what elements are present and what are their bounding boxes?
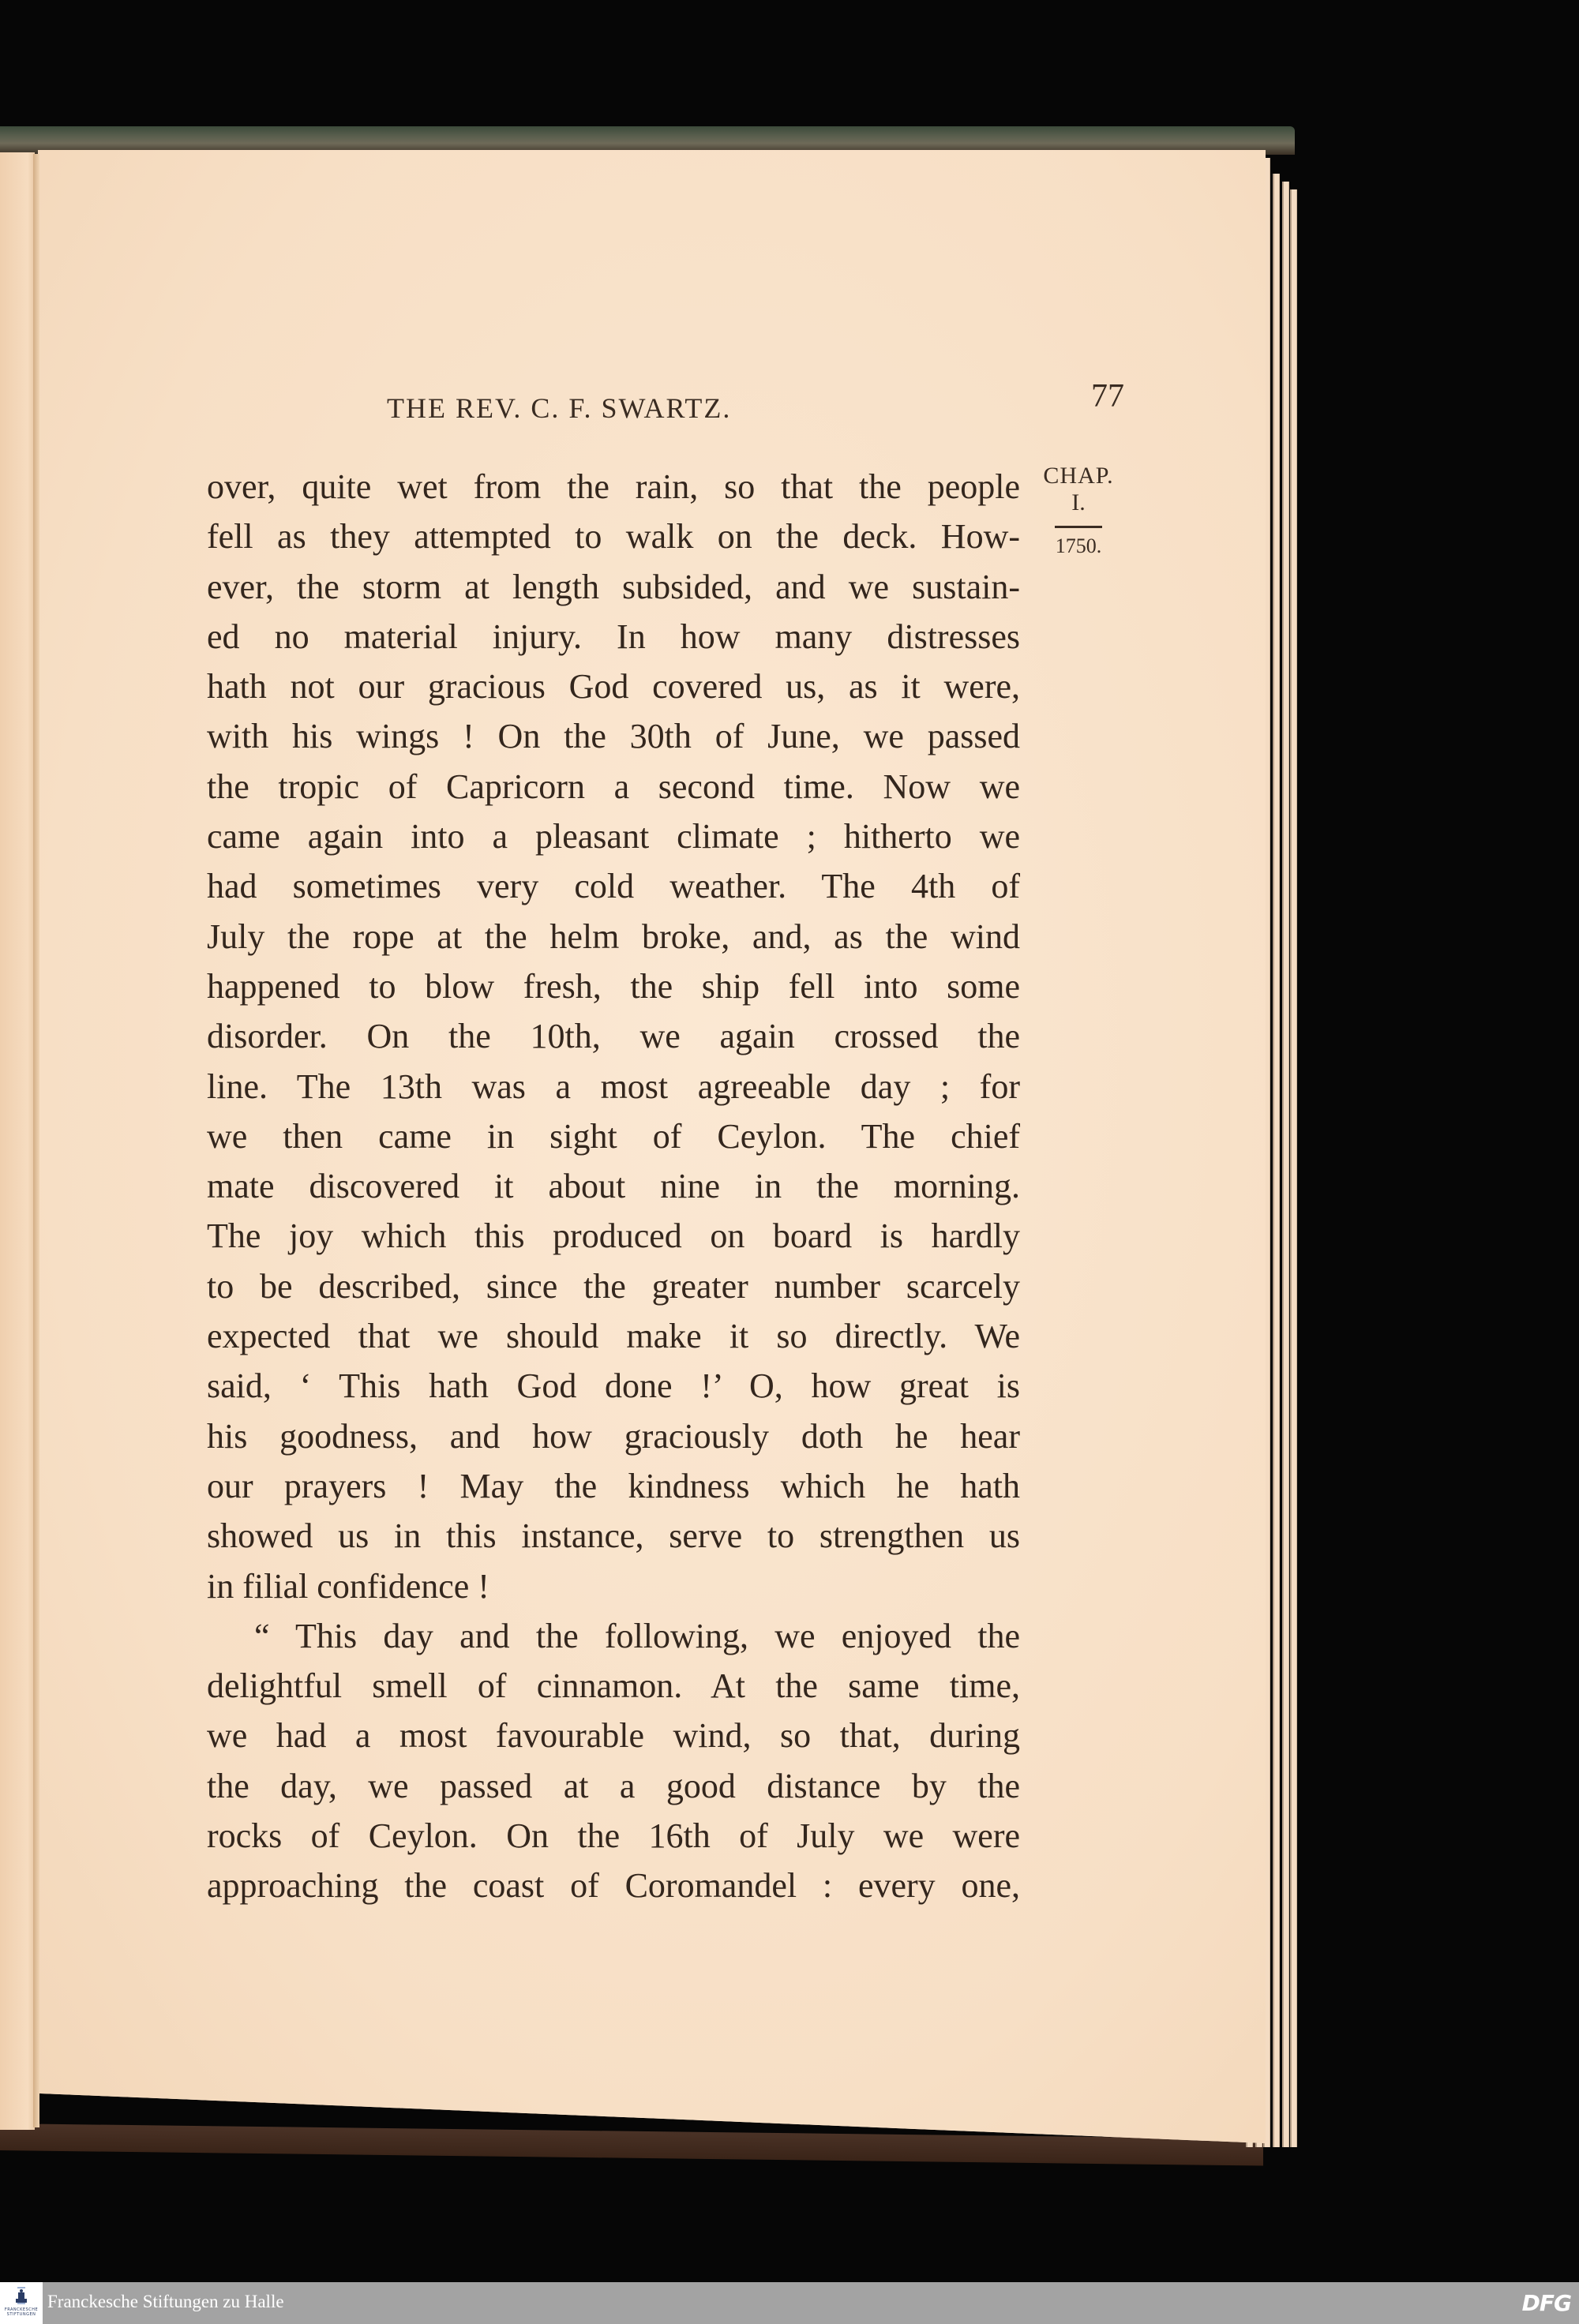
institution-logo: FRANCKESCHE STIFTUNGEN — [0, 2282, 43, 2324]
text-line: “ This day and the following, we enjoyed… — [207, 1611, 1020, 1661]
dfg-logo: DFG — [1522, 2290, 1571, 2316]
text-line: to be described, since the greater numbe… — [207, 1261, 1020, 1311]
text-line: hath not our gracious God covered us, as… — [207, 662, 1020, 711]
text-line: July the rope at the helm broke, and, as… — [207, 912, 1020, 961]
text-line: The joy which this produced on board is … — [207, 1211, 1020, 1261]
text-line: rocks of Ceylon. On the 16th of July we … — [207, 1811, 1020, 1861]
text-line: disorder. On the 10th, we again crossed … — [207, 1011, 1020, 1061]
text-line: the day, we passed at a good distance by… — [207, 1761, 1020, 1811]
chapter-label: CHAP. — [1023, 464, 1134, 488]
margin-note: CHAP. I. 1750. — [1023, 464, 1134, 557]
page-number: 77 — [1091, 377, 1124, 415]
statue-icon — [16, 2287, 27, 2304]
gutter — [33, 154, 39, 2127]
text-line: ed no material injury. In how many distr… — [207, 612, 1020, 662]
margin-year: 1750. — [1023, 536, 1134, 557]
margin-rule — [1055, 526, 1102, 528]
text-line: over, quite wet from the rain, so that t… — [207, 462, 1020, 512]
text-line: said, ‘ This hath God done !’ O, how gre… — [207, 1361, 1020, 1411]
body-text: over, quite wet from the rain, so that t… — [207, 462, 1020, 1911]
text-line: the tropic of Capricorn a second time. N… — [207, 762, 1020, 812]
left-page-sliver — [0, 152, 35, 2130]
text-line: came again into a pleasant climate ; hit… — [207, 812, 1020, 861]
text-line: we then came in sight of Ceylon. The chi… — [207, 1111, 1020, 1161]
text-line: in filial confidence ! — [207, 1561, 1020, 1611]
text-line: happened to blow fresh, the ship fell in… — [207, 961, 1020, 1011]
text-line: expected that we should make it so direc… — [207, 1311, 1020, 1361]
text-line: fell as they attempted to walk on the de… — [207, 512, 1020, 561]
text-line: ever, the storm at length subsided, and … — [207, 562, 1020, 612]
running-head: THE REV. C. F. SWARTZ. — [387, 392, 731, 425]
chapter-number: I. — [1023, 491, 1134, 515]
text-line: we had a most favourable wind, so that, … — [207, 1711, 1020, 1760]
text-line: mate discovered it about nine in the mor… — [207, 1161, 1020, 1211]
text-line: line. The 13th was a most agreeable day … — [207, 1062, 1020, 1111]
logo-text: FRANCKESCHE STIFTUNGEN — [2, 2307, 41, 2317]
institution-name: Franckesche Stiftungen zu Halle — [47, 2292, 284, 2312]
text-line: showed us in this instance, serve to str… — [207, 1511, 1020, 1561]
text-line: his goodness, and how graciously doth he… — [207, 1411, 1020, 1461]
text-line: had sometimes very cold weather. The 4th… — [207, 861, 1020, 911]
text-line: our prayers ! May the kindness which he … — [207, 1461, 1020, 1511]
text-line: approaching the coast of Coromandel : ev… — [207, 1861, 1020, 1910]
text-line: delightful smell of cinnamon. At the sam… — [207, 1661, 1020, 1711]
footer-bar: FRANCKESCHE STIFTUNGEN Franckesche Stift… — [0, 2282, 1579, 2324]
text-line: with his wings ! On the 30th of June, we… — [207, 711, 1020, 761]
